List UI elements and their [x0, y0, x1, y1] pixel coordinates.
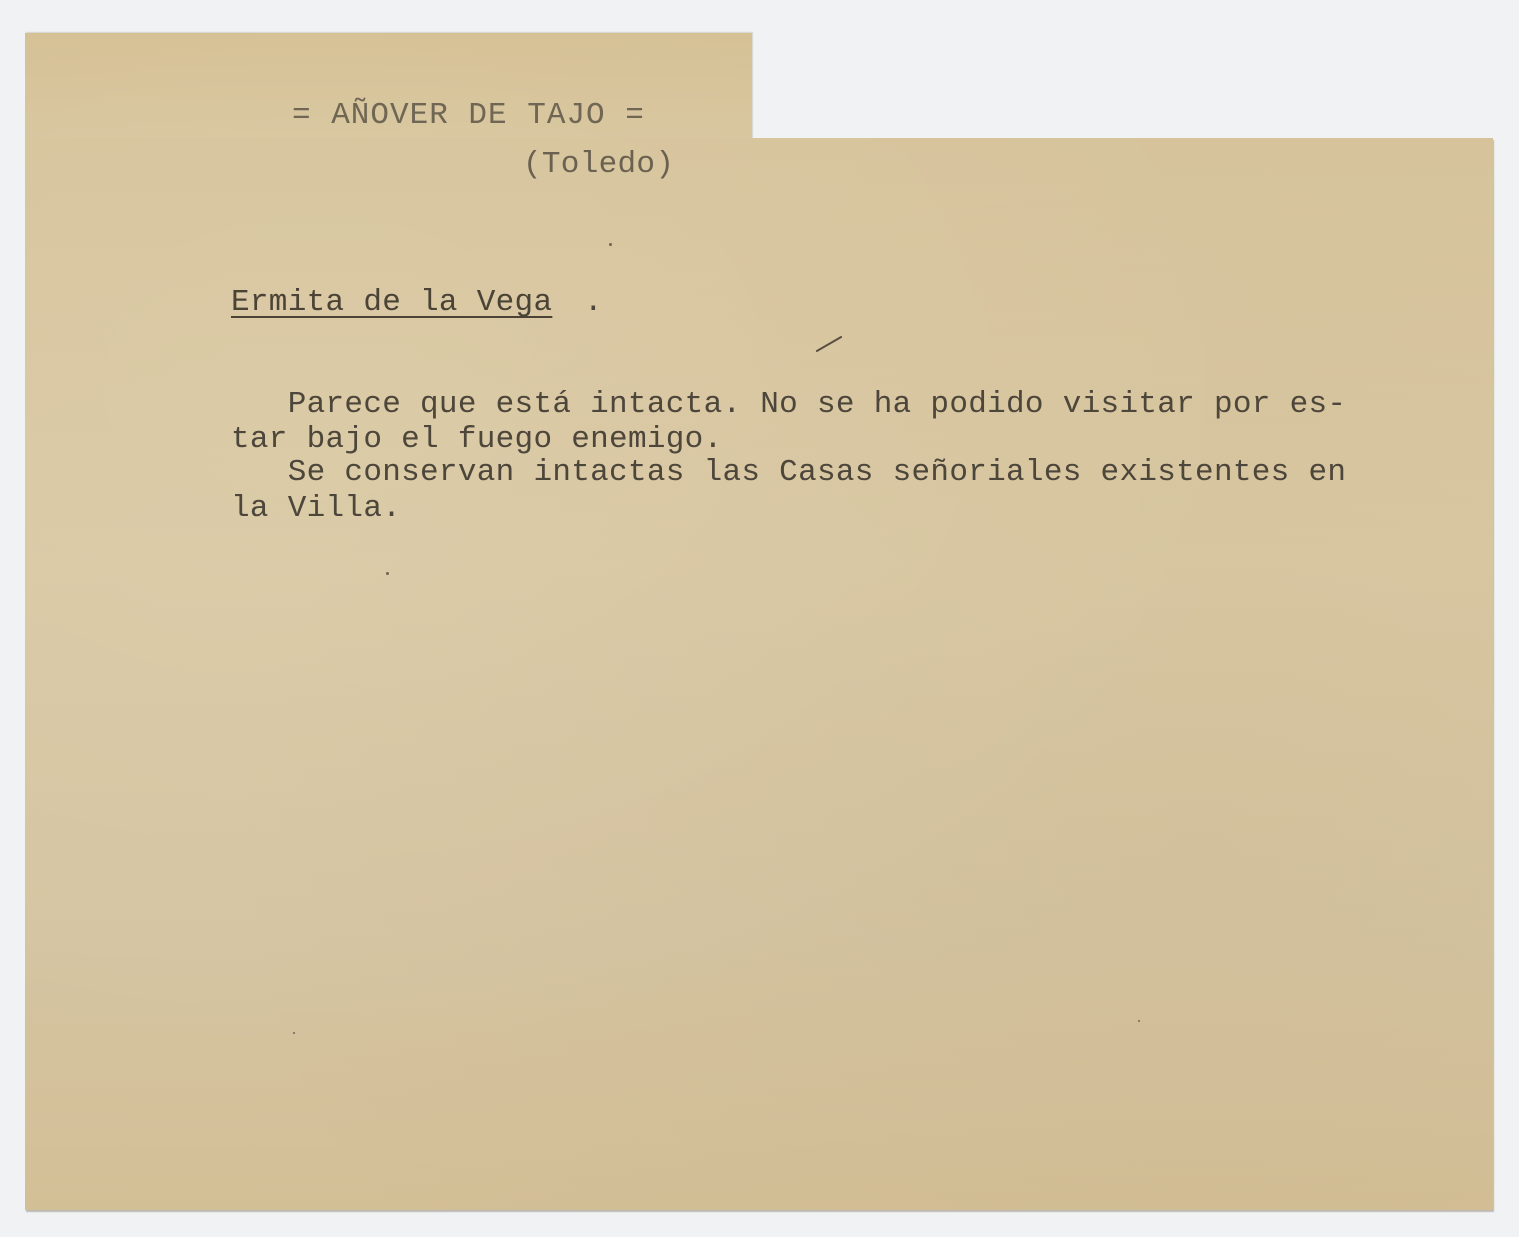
body-line-1: Parece que está intacta. No se ha podido…: [231, 388, 1346, 422]
scanned-document: = AÑOVER DE TAJO = (Toledo) Ermita de la…: [0, 0, 1519, 1237]
document-title: = AÑOVER DE TAJO =: [292, 99, 645, 133]
section-heading-period: .: [584, 286, 603, 320]
body-line-4: la Villa.: [231, 492, 401, 526]
paper-speck: [609, 243, 612, 246]
document-province: (Toledo): [523, 148, 674, 182]
paper-speck: [293, 1032, 295, 1034]
body-line-3: Se conservan intactas las Casas señorial…: [231, 456, 1346, 490]
paper-speck: [386, 572, 389, 575]
paper-speck: [1138, 1020, 1140, 1022]
body-line-2: tar bajo el fuego enemigo.: [231, 423, 722, 457]
section-heading: Ermita de la Vega: [231, 286, 552, 320]
